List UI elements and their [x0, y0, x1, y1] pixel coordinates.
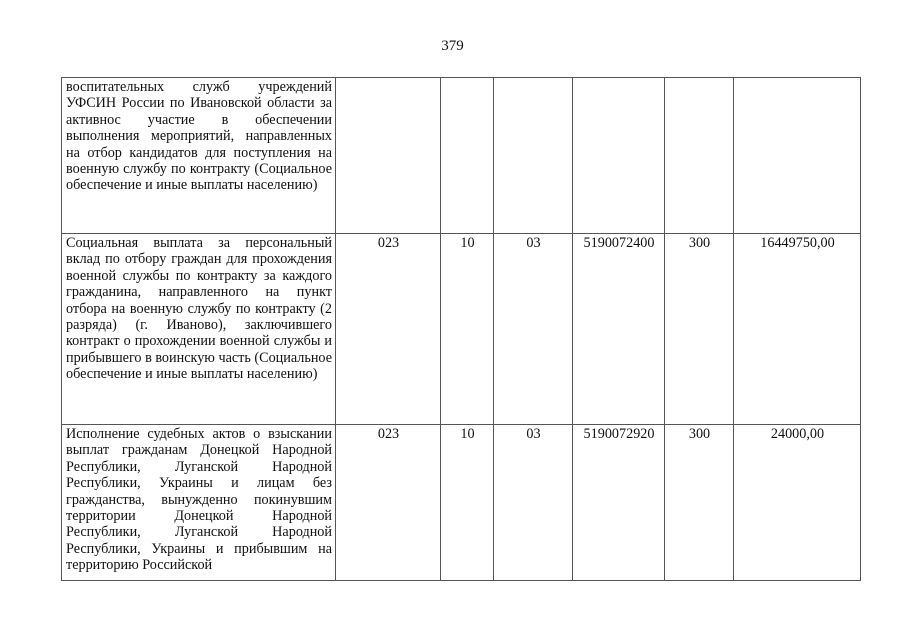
row-description: воспитательных служб учреждений УФСИН Ро…: [62, 78, 336, 234]
target-article-code: 5190072920: [573, 425, 665, 581]
subsection-code: [494, 78, 573, 234]
row-description: Исполнение судебных актов о взыскании вы…: [62, 425, 336, 581]
expense-type-code: 300: [665, 425, 734, 581]
section-code: [441, 78, 494, 234]
budget-table: воспитательных служб учреждений УФСИН Ро…: [61, 77, 861, 581]
section-code: 10: [441, 234, 494, 425]
amount: 24000,00: [734, 425, 861, 581]
ministry-code: [336, 78, 441, 234]
table-row: воспитательных служб учреждений УФСИН Ро…: [62, 78, 861, 234]
row-description: Социальная выплата за персональный вклад…: [62, 234, 336, 425]
table-row: Исполнение судебных актов о взыскании вы…: [62, 425, 861, 581]
table-row: Социальная выплата за персональный вклад…: [62, 234, 861, 425]
ministry-code: 023: [336, 234, 441, 425]
subsection-code: 03: [494, 234, 573, 425]
target-article-code: 5190072400: [573, 234, 665, 425]
expense-type-code: [665, 78, 734, 234]
section-code: 10: [441, 425, 494, 581]
ministry-code: 023: [336, 425, 441, 581]
target-article-code: [573, 78, 665, 234]
amount: [734, 78, 861, 234]
subsection-code: 03: [494, 425, 573, 581]
amount: 16449750,00: [734, 234, 861, 425]
page-number: 379: [0, 38, 905, 55]
expense-type-code: 300: [665, 234, 734, 425]
